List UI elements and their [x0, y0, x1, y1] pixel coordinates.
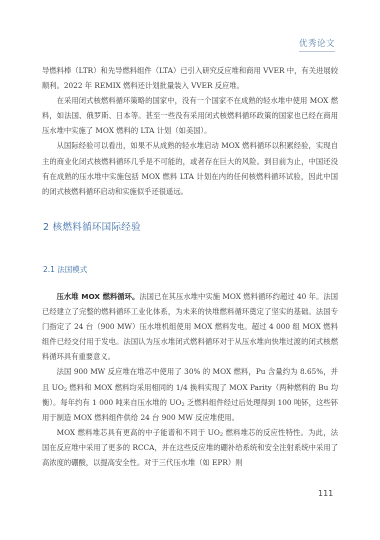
paragraph-continued: 导燃料棒（LTR）和先导燃料组件（LTA）已引入研究反应堆和商用 VVER 中，… [42, 63, 338, 93]
paragraph-lead-in: 压水堆 MOX 燃料循环。 [57, 292, 140, 301]
page-number: 111 [318, 489, 333, 498]
running-head-title: 优秀论文 [299, 37, 335, 52]
intro-text-block: 导燃料棒（LTR）和先导燃料组件（LTA）已引入研究反应堆和商用 VVER 中，… [42, 63, 338, 199]
paragraph-body: 法国已在其压水堆中实施 MOX 燃料循环约超过 40 年。法国已经建立了完整的燃… [42, 292, 338, 361]
france-text-block: 压水堆 MOX 燃料循环。法国已在其压水堆中实施 MOX 燃料循环约超过 40 … [42, 289, 338, 470]
paragraph-mox-core-characteristics: MOX 燃料堆芯具有更高的中子能谱和不同于 UO2 燃料堆芯的反应性特性。为此，… [42, 425, 338, 470]
paragraph-900mw-reactor: 法国 900 MW 反应堆在堆芯中使用了 30% 的 MOX 燃料，Pu 含量约… [42, 364, 338, 424]
text-run: MOX 燃料堆芯具有更高的中子能谱和不同于 UO [57, 428, 220, 437]
paragraph-closed-cycle-countries: 在采用闭式核燃料循环策略的国家中，没有一个国家不在成熟的轻水堆中使用 MOX 燃… [42, 93, 338, 138]
section-heading: 2 核燃料循环国际经验 [43, 219, 141, 233]
subsection-heading: 2.1 法国模式 [43, 264, 87, 275]
paragraph-pwr-mox-cycle: 压水堆 MOX 燃料循环。法国已在其压水堆中实施 MOX 燃料循环约超过 40 … [42, 289, 338, 364]
paragraph-international-lessons: 从国际经验可以看出，如果不从成熟的轻水堆启动 MOX 燃料循环以积累经验，实现自… [42, 138, 338, 198]
